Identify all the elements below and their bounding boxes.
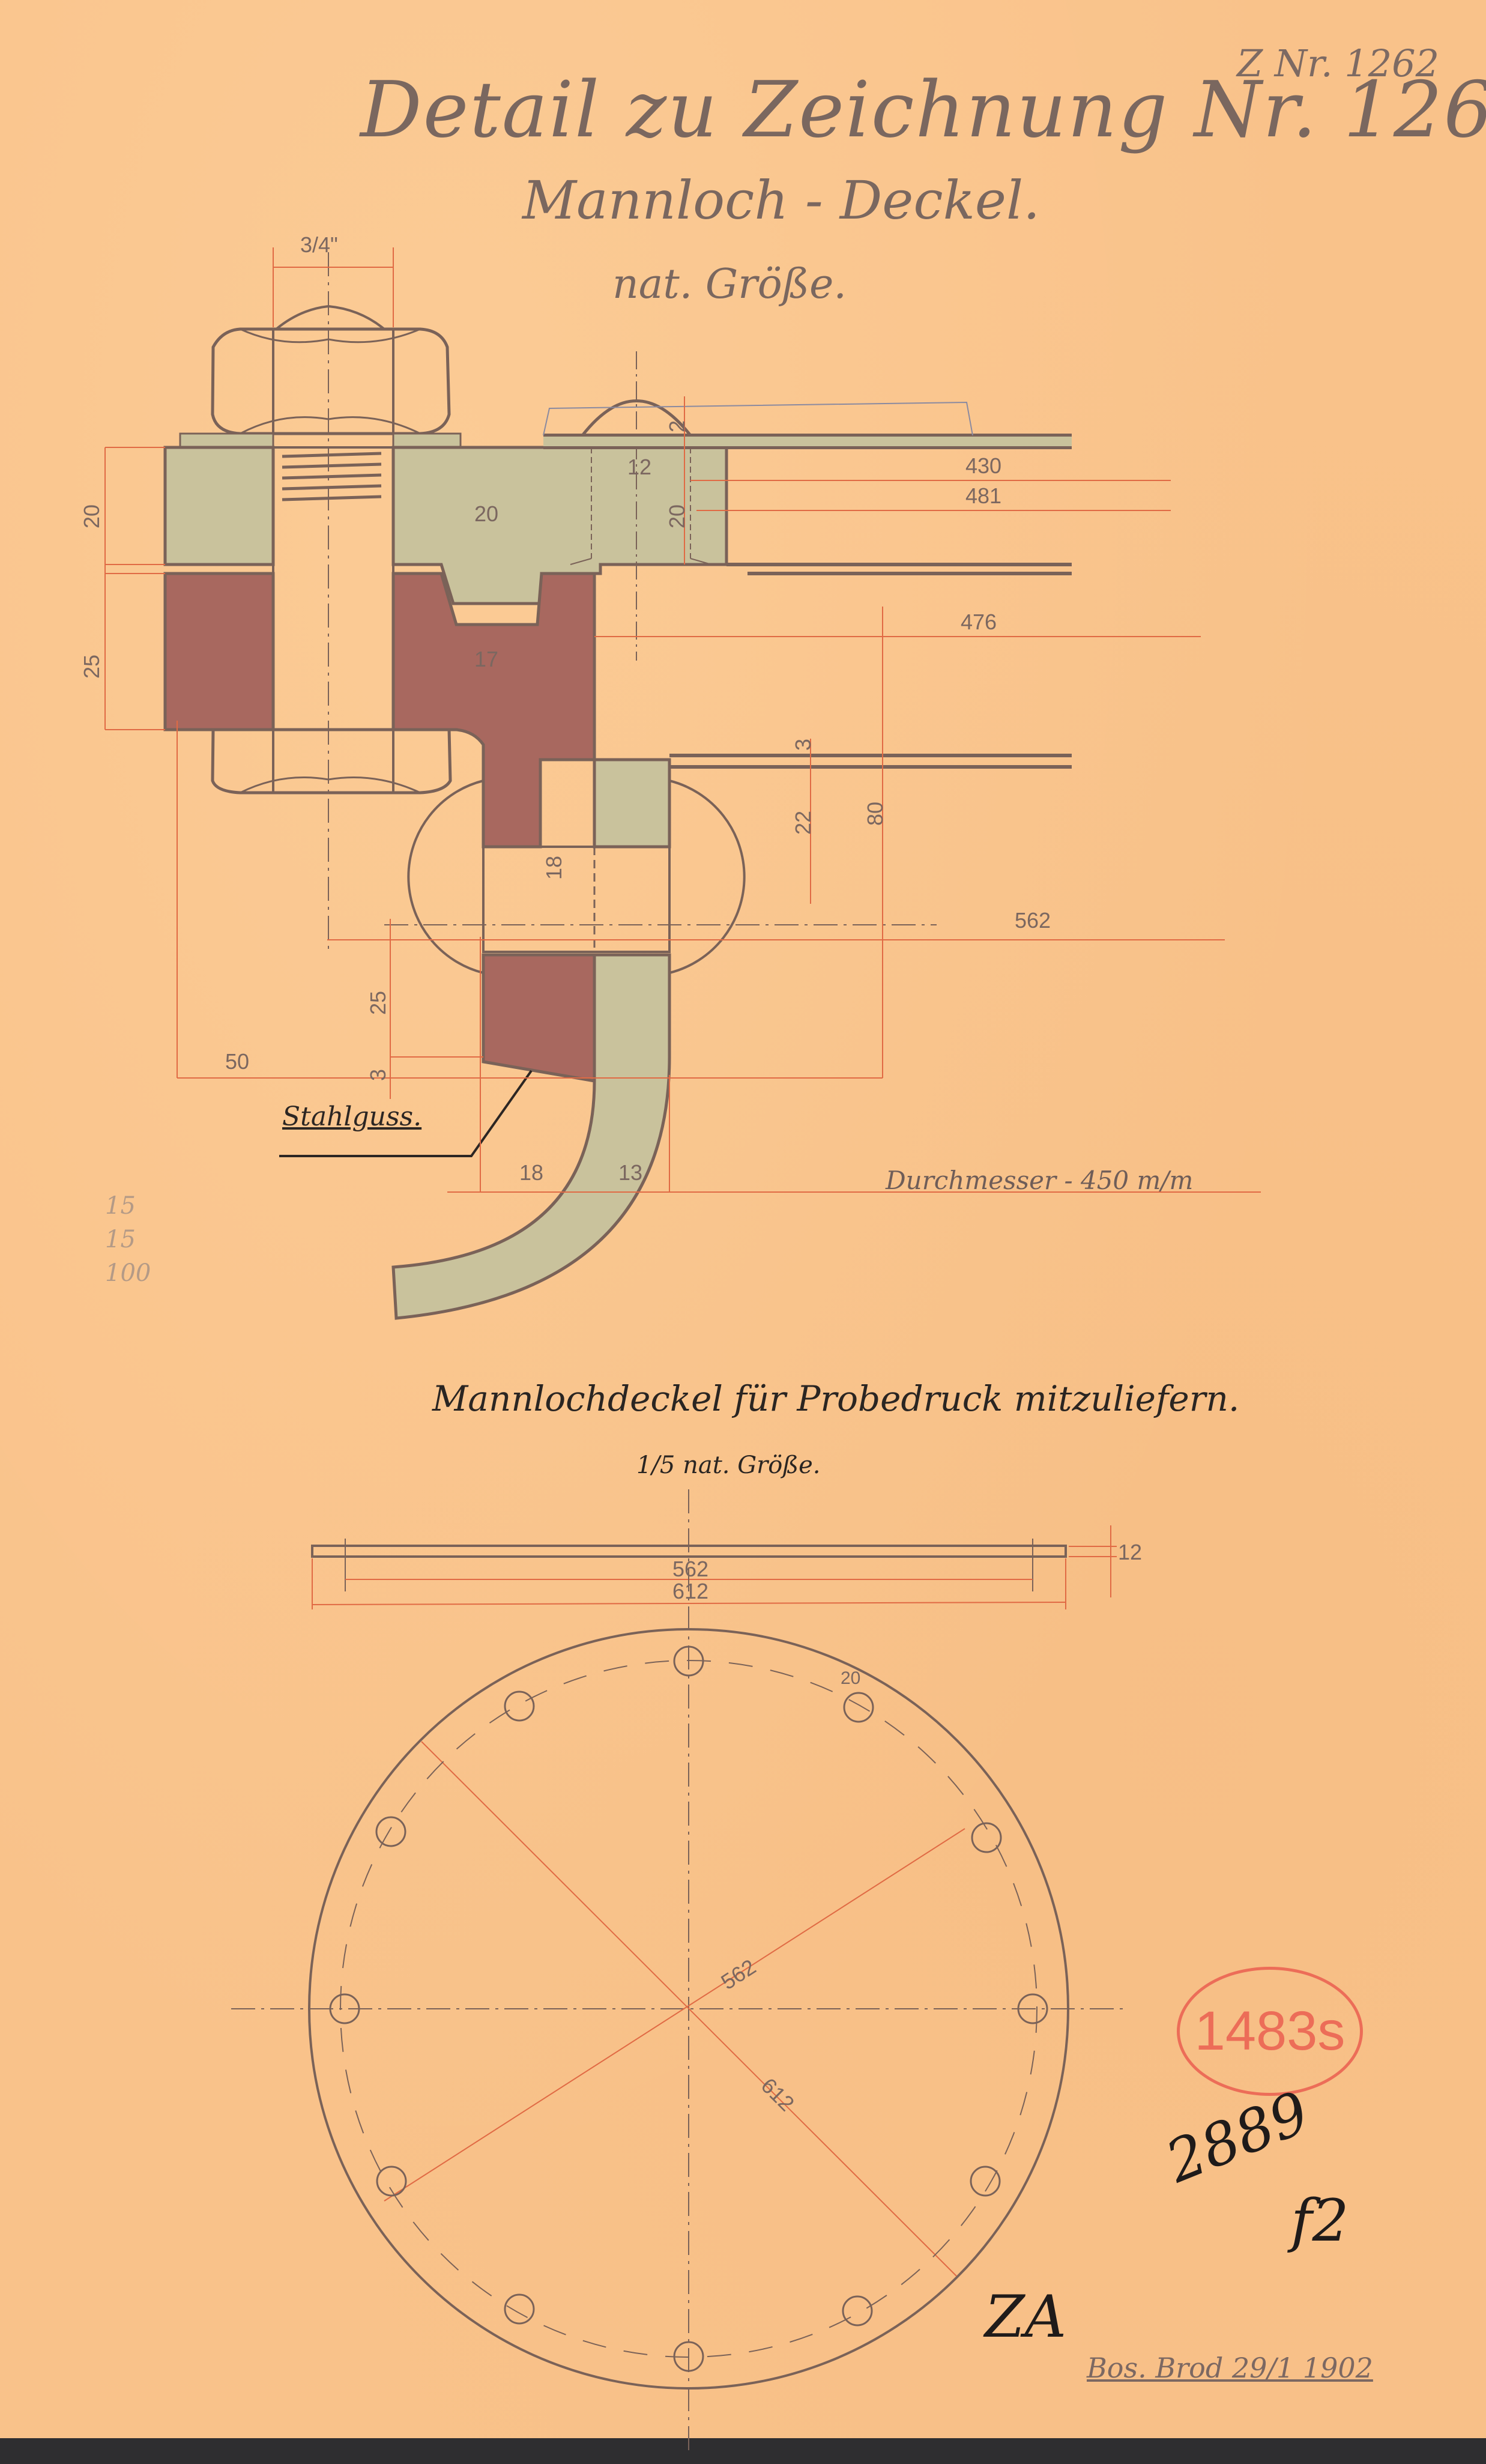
dim-plate-thickness: 2 [666,420,688,432]
dim-diameter-430: 430 [965,455,1001,477]
dim-offset-3: 3 [367,1069,389,1081]
dim-rivet-hole: 12 [627,456,651,478]
archive-stamp: 1483s [1177,1967,1363,2096]
material-label: Stahlguss. [282,1104,421,1130]
dim-hole-18: 18 [543,856,565,880]
archive-sub: f2 [1291,2192,1349,2250]
dim-diameter-562: 562 [1015,910,1051,931]
dim-left-upper: 20 [81,504,103,528]
dim-flange-width: 20 [474,503,498,525]
dim-horizontal-50: 50 [225,1051,249,1073]
cover-scale: 1/5 nat. Größe. [636,1453,820,1477]
signature-initials: ZA [985,2288,1066,2346]
detail-section-view [105,247,1261,1318]
dim-gap-3: 3 [793,739,814,751]
dim-diameter-476: 476 [961,611,997,633]
dim-diameter-481: 481 [965,485,1001,507]
drawing-scale: nat. Größe. [612,264,847,305]
cover-plan-view [231,1629,1123,2388]
dim-bottom-13: 13 [618,1162,642,1184]
dim-height-80: 80 [865,802,886,826]
dim-offset-25: 25 [367,991,389,1015]
dim-groove-width: 17 [474,649,498,670]
cover-title: Mannlochdeckel für Probedruck mitzuliefe… [432,1381,1239,1416]
dim-hole-diameter: 20 [841,1669,860,1688]
reference-number: Z Nr. 1262 [1237,45,1439,82]
dim-left-lower: 25 [81,655,103,679]
dim-plate-gap: 20 [666,504,688,528]
dim-cover-bolt-circle: 562 [672,1558,708,1580]
dim-bottom-18: 18 [519,1162,543,1184]
diameter-note: Durchmesser - 450 m/m [886,1168,1193,1193]
margin-notes: 15 15 100 [105,1189,151,1290]
dim-cover-thickness: 12 [1118,1542,1142,1563]
dim-cover-outer: 612 [672,1581,708,1602]
dim-bolt-size: 3/4" [300,234,338,256]
stamp-text: 1483s [1195,2000,1346,2063]
place-date: Bos. Brod 29/1 1902 [1087,2354,1373,2382]
dim-height-22: 22 [793,811,814,835]
drawing-subtitle: Mannloch - Deckel. [522,174,1040,227]
